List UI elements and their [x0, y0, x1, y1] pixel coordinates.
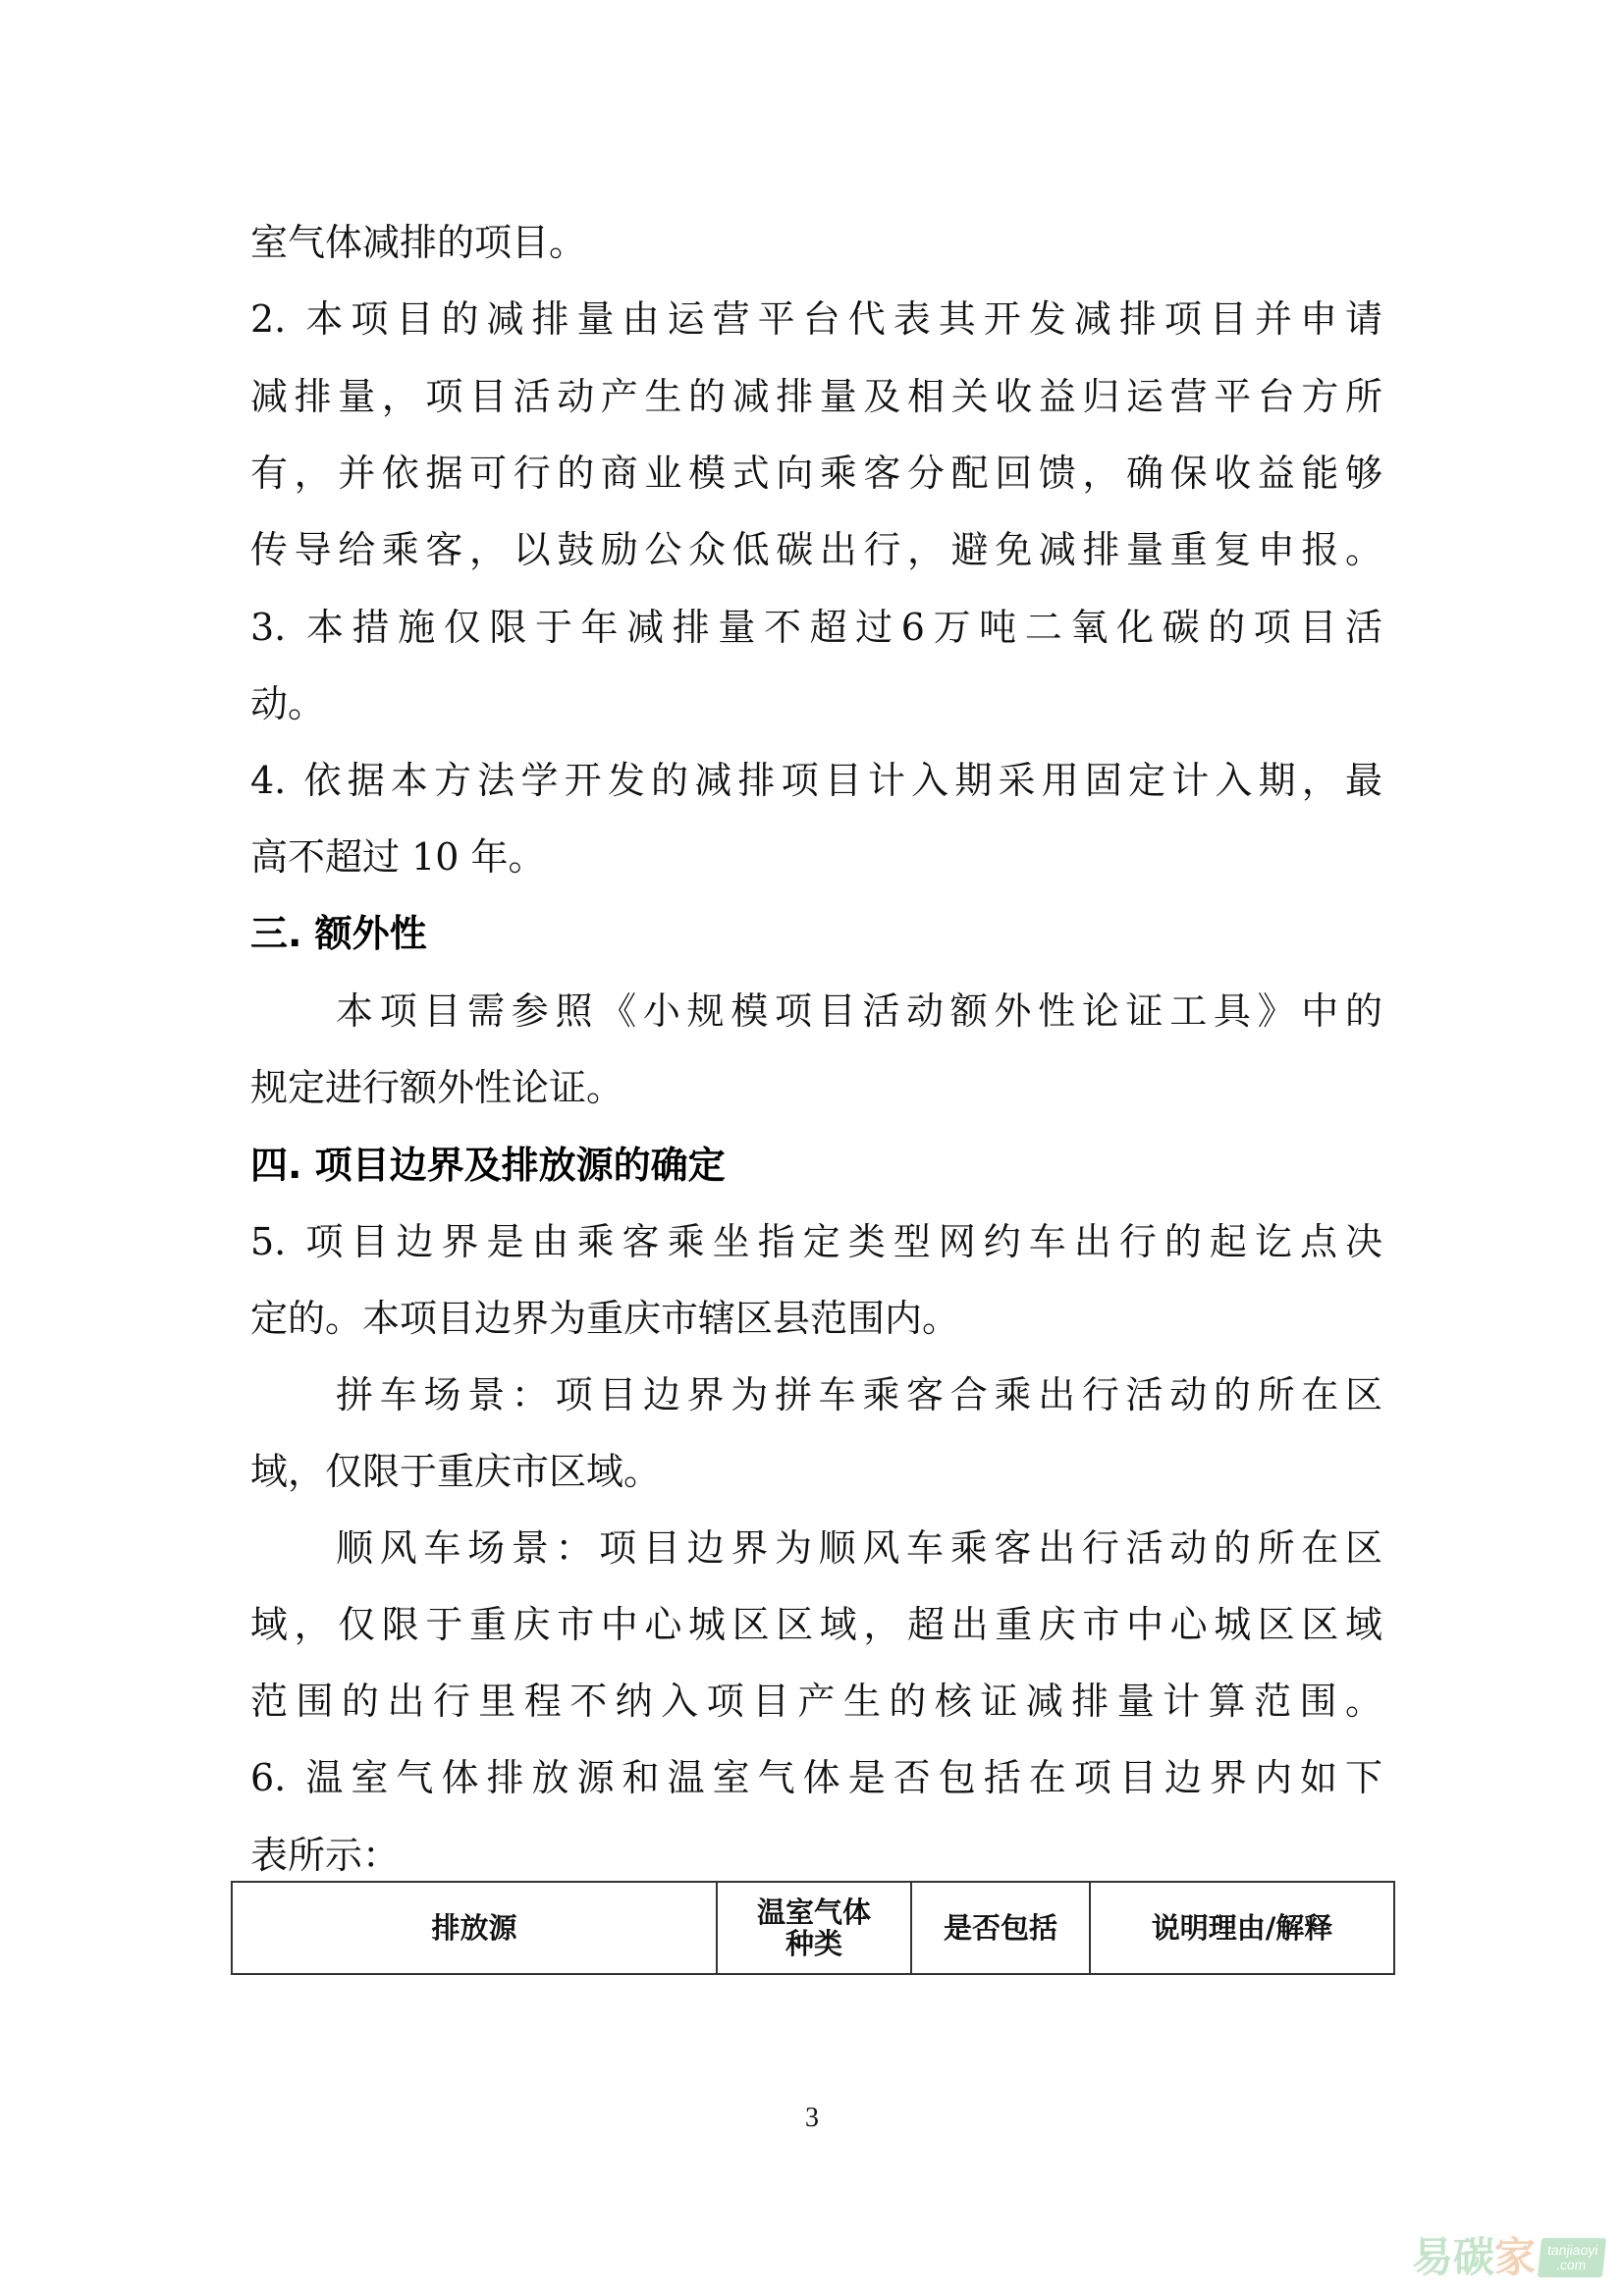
watermark-char-jia: 家	[1494, 2232, 1536, 2283]
text-line: 2. 本项目的减排量由运营平台代表其开发减排项目并申请	[250, 290, 1382, 348]
header-ghg-type-line1: 温室气体	[718, 1896, 910, 1928]
text-line: 表所示：	[250, 1826, 1382, 1885]
text-line: 4. 依据本方法学开发的减排项目计入期采用固定计入期，最	[250, 751, 1382, 810]
page-number: 3	[800, 2103, 824, 2134]
watermark-logo: 易 碳 家 tanjiaoyi .com	[1412, 2232, 1604, 2283]
text-line: 传导给乘客，以鼓励公众低碳出行，避免减排量重复申报。	[250, 520, 1382, 579]
watermark-badge: tanjiaoyi .com	[1538, 2238, 1606, 2277]
text-line: 室气体减排的项目。	[250, 213, 1382, 272]
table-header-row: 排放源 温室气体 种类 是否包括 说明理由/解释	[232, 1882, 1394, 1974]
text-line: 域，仅限于重庆市中心城区区域，超出重庆市中心城区区域	[250, 1595, 1382, 1654]
text-line: 3. 本措施仅限于年减排量不超过6万吨二氧化碳的项目活	[250, 598, 1382, 657]
text-line: 范围的出行里程不纳入项目产生的核证减排量计算范围。	[250, 1672, 1382, 1731]
watermark-char-yi: 易	[1412, 2232, 1453, 2283]
text-line: 规定进行额外性论证。	[250, 1058, 1382, 1117]
header-explanation: 说明理由/解释	[1090, 1882, 1394, 1974]
document-page: 室气体减排的项目。 2. 本项目的减排量由运营平台代表其开发减排项目并申请 减排…	[0, 0, 1624, 2296]
header-emission-source: 排放源	[232, 1882, 717, 1974]
text-line: 6. 温室气体排放源和温室气体是否包括在项目边界内如下	[250, 1748, 1382, 1807]
watermark-badge-line2: .com	[1555, 2258, 1587, 2272]
watermark-badge-line1: tanjiaoyi	[1546, 2243, 1598, 2258]
text-line: 顺风车场景：项目边界为顺风车乘客出行活动的所在区	[250, 1519, 1382, 1577]
header-included: 是否包括	[911, 1882, 1090, 1974]
emission-source-table: 排放源 温室气体 种类 是否包括 说明理由/解释	[231, 1881, 1395, 1975]
text-line: 定的。本项目边界为重庆市辖区县范围内。	[250, 1289, 1382, 1348]
header-ghg-type: 温室气体 种类	[717, 1882, 911, 1974]
text-line: 有，并依据可行的商业模式向乘客分配回馈，确保收益能够	[250, 444, 1382, 503]
text-line: 本项目需参照《小规模项目活动额外性论证工具》中的	[250, 982, 1382, 1041]
section-heading-4: 四. 项目边界及排放源的确定	[250, 1136, 1382, 1195]
text-line: 减排量，项目活动产生的减排量及相关收益归运营平台方所	[250, 367, 1382, 426]
text-line: 高不超过 10 年。	[250, 828, 1382, 886]
text-line: 拼车场景：项目边界为拼车乘客合乘出行活动的所在区	[250, 1365, 1382, 1424]
watermark-char-tan: 碳	[1453, 2232, 1494, 2283]
section-heading-3: 三. 额外性	[250, 904, 1382, 963]
text-line: 5. 项目边界是由乘客乘坐指定类型网约车出行的起讫点决	[250, 1212, 1382, 1271]
text-line: 动。	[250, 674, 1382, 733]
text-line: 域，仅限于重庆市区域。	[250, 1442, 1382, 1501]
header-ghg-type-line2: 种类	[718, 1928, 910, 1959]
